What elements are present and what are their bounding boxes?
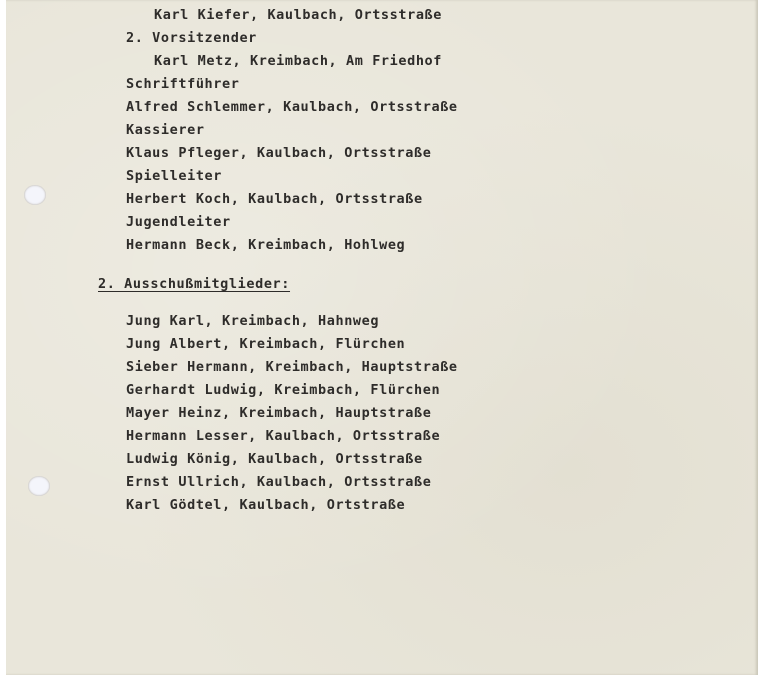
board-line: Alfred Schlemmer, Kaulbach, Ortsstraße bbox=[126, 99, 458, 115]
committee-member: Jung Karl, Kreimbach, Hahnweg bbox=[126, 313, 379, 329]
committee-member: Hermann Lesser, Kaulbach, Ortsstraße bbox=[126, 428, 440, 444]
board-line: Hermann Beck, Kreimbach, Hohlweg bbox=[126, 237, 405, 253]
committee-member: Sieber Hermann, Kreimbach, Hauptstraße bbox=[126, 359, 458, 375]
role-label: Spielleiter bbox=[126, 168, 222, 184]
committee-member: Karl Gödtel, Kaulbach, Ortstraße bbox=[126, 497, 405, 513]
role-label: Kassierer bbox=[126, 122, 205, 138]
committee-member: Jung Albert, Kreimbach, Flürchen bbox=[126, 336, 405, 352]
board-line: Herbert Koch, Kaulbach, Ortsstraße bbox=[126, 191, 423, 207]
document-page: Karl Kiefer, Kaulbach, Ortsstraße 2. Vor… bbox=[6, 0, 758, 675]
committee-member: Ludwig König, Kaulbach, Ortsstraße bbox=[126, 451, 423, 467]
committee-member: Gerhardt Ludwig, Kreimbach, Flürchen bbox=[126, 382, 440, 398]
board-line: Klaus Pfleger, Kaulbach, Ortsstraße bbox=[126, 145, 431, 161]
punch-hole-top bbox=[24, 185, 46, 205]
committee-member: Ernst Ullrich, Kaulbach, Ortsstraße bbox=[126, 474, 431, 490]
committee-member: Mayer Heinz, Kreimbach, Hauptstraße bbox=[126, 405, 431, 421]
board-line: Karl Metz, Kreimbach, Am Friedhof bbox=[154, 53, 442, 69]
role-label: Schriftführer bbox=[126, 76, 239, 92]
role-label: 2. Vorsitzender bbox=[126, 30, 257, 46]
committee-heading: 2. Ausschußmitglieder: bbox=[98, 276, 290, 292]
board-line: Karl Kiefer, Kaulbach, Ortsstraße bbox=[154, 7, 442, 23]
role-label: Jugendleiter bbox=[126, 214, 231, 230]
punch-hole-bottom bbox=[28, 476, 50, 496]
